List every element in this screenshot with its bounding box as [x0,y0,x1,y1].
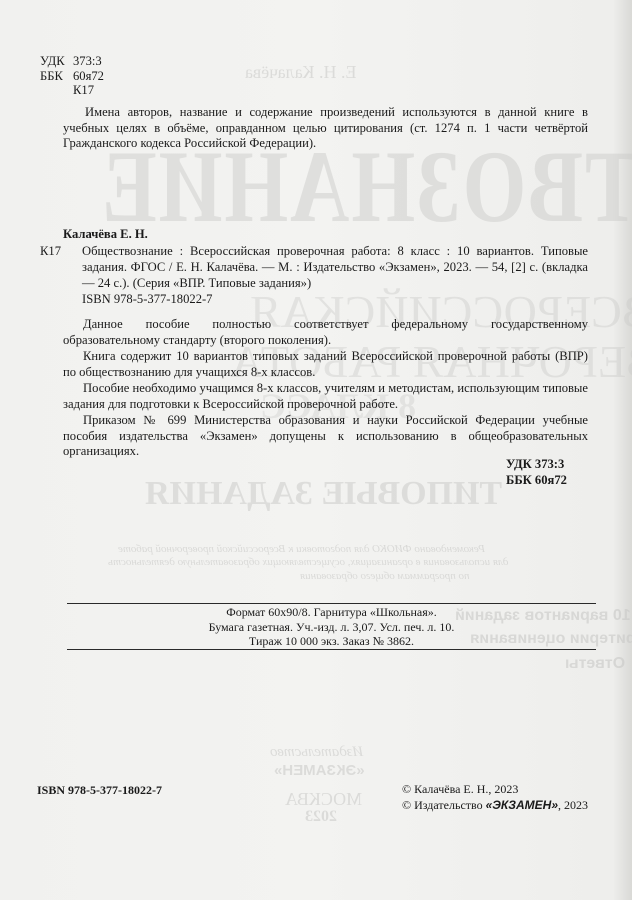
classification-right: УДК 373:3 ББК 60я72 [506,457,567,488]
udk-label: УДК [40,54,73,69]
show-through-note: по программам общего образования [300,570,470,582]
copyright-publisher: © Издательство «ЭКЗАМЕН», 2023 [402,798,588,814]
isbn-footer: ISBN 978-5-377-18022-7 [37,782,162,798]
show-through-author: Е. Н. Калачёва [245,62,356,83]
show-through-publisher: «ЭКЗАМЕН» [274,762,365,779]
imprint-line: Формат 60x90/8. Гарнитура «Школьная». [67,605,596,620]
copyright-author: © Калачёва Е. Н., 2023 [402,782,588,798]
bbk-value: 60я72 [73,69,104,84]
show-through-city: МОСКВА [285,789,362,810]
imprint-block: Формат 60x90/8. Гарнитура «Школьная». Бу… [67,605,596,649]
annotation-paragraph: Пособие необходимо учащимся 8-х классов,… [63,381,588,412]
show-through-series: ТИПОВЫЕ ЗАДАНИЯ [145,475,502,513]
show-through-note: Рекомендовано ФИОКО для подготовки к Все… [118,543,485,555]
divider [67,649,596,650]
publisher-brand: «ЭКЗАМЕН» [486,798,558,812]
annotation-paragraph: Книга содержит 10 вариантов типовых зада… [63,349,588,380]
divider [67,603,596,604]
show-through-feature: Ответы [565,655,625,673]
bibliographic-description: Обществознание : Всероссийская проверочн… [82,243,588,292]
author-mark-label: К17 [40,243,61,259]
author-mark: К17 [73,83,94,98]
show-through-year: 2023 [305,808,337,826]
annotation-paragraph: Данное пособие полностью соответствует ф… [63,317,588,348]
udk-value: 373:3 [73,54,102,69]
book-page: Е. Н. Калачёва ОБЩЕСТВОЗНАНИЕ ВСЕРОССИЙС… [0,0,632,900]
bbk-row: ББК 60я72 [40,69,104,84]
author-mark-row: К17 [40,83,104,98]
imprint-line: Тираж 10 000 экз. Заказ № 3862. [67,634,596,649]
bbk-label: ББК [40,69,73,84]
classification-block: УДК 373:3 ББК 60я72 К17 [40,54,104,98]
bbk-code: ББК 60я72 [506,473,567,489]
copyright-block: © Калачёва Е. Н., 2023 © Издательство «Э… [402,782,588,814]
isbn: ISBN 978-5-377-18022-7 [82,291,212,307]
show-through-note: для использования в организациях, осущес… [108,556,508,568]
copyright-notice: Имена авторов, название и содержание про… [63,105,588,152]
udk-row: УДК 373:3 [40,54,104,69]
annotation-paragraph: Приказом № 699 Министерства образования … [63,413,588,460]
udk-code: УДК 373:3 [506,457,567,473]
show-through-publisher: Издательство [270,744,363,761]
imprint-line: Бумага газетная. Уч.-изд. л. 3,07. Усл. … [67,620,596,635]
author-heading: Калачёва Е. Н. [63,226,148,242]
